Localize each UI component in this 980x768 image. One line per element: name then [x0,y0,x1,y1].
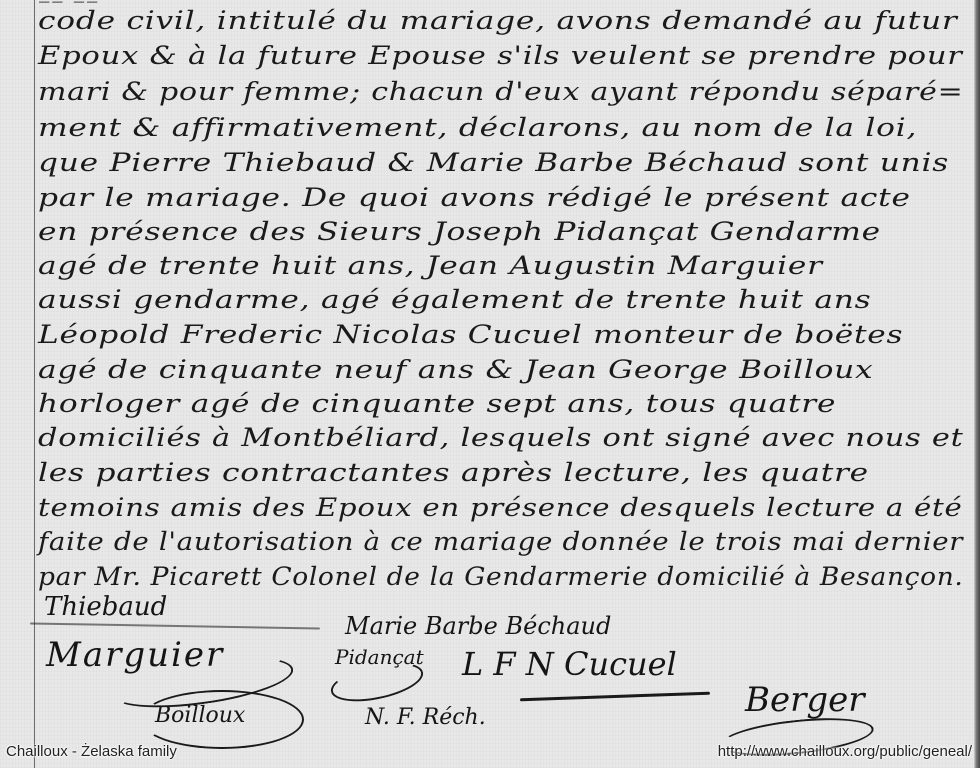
signature-berger: Berger [745,680,865,720]
body-line: Epoux & à la future Epouse s'ils veulent… [38,41,963,70]
body-line: code civil, intitulé du mariage, avons d… [38,6,958,35]
scanned-document-page: –– –– code civil, intitulé du mariage, a… [0,0,980,768]
signature-cucuel: L F N Cucuel [462,645,677,683]
body-line: par le mariage. De quoi avons rédigé le … [38,183,911,212]
signature-rech: N. F. Réch. [365,705,486,730]
body-line: aussi gendarme, agé également de trente … [38,285,871,314]
body-line: Léopold Frederic Nicolas Cucuel monteur … [38,320,903,349]
body-line: faite de l'autorisation à ce mariage don… [38,527,963,556]
signature-underline [520,692,710,702]
body-line: temoins amis des Epoux en présence desqu… [38,493,962,522]
watermark-url: http://www.chailloux.org/public/geneal/ [718,743,972,760]
body-line: mari & pour femme; chacun d'eux ayant ré… [38,77,963,106]
page-binding-edge [974,0,980,768]
body-line: ment & affirmativement, déclarons, au no… [38,113,917,142]
signature-underline [30,622,320,629]
margin-rule [34,0,35,768]
signature-marie-barbe-bechaud: Marie Barbe Béchaud [345,612,611,640]
body-line: les parties contractantes après lecture,… [38,458,869,487]
signature-flourish [140,690,304,749]
body-line: que Pierre Thiebaud & Marie Barbe Béchau… [38,148,949,177]
watermark-family-name: Chailloux - Żelaska family [6,743,177,760]
body-line: agé de cinquante neuf ans & Jean George … [38,355,873,384]
body-line: par Mr. Picarett Colonel de la Gendarmer… [38,562,963,591]
body-line: en présence des Sieurs Joseph Pidançat G… [38,217,881,246]
signature-thiebaud: Thiebaud [44,592,167,622]
body-line: horloger agé de cinquante sept ans, tous… [38,389,836,418]
body-line: domiciliés à Montbéliard, lesquels ont s… [38,423,964,452]
body-line: agé de trente huit ans, Jean Augustin Ma… [38,251,823,280]
